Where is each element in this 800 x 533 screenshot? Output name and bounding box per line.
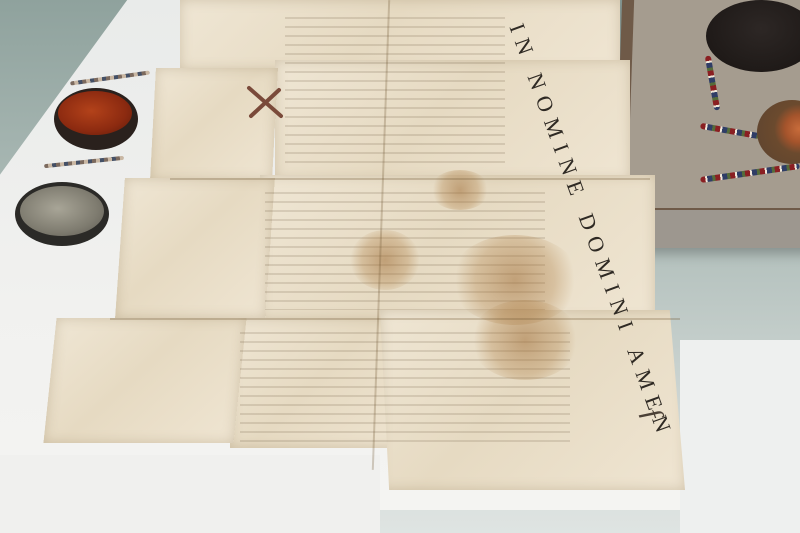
cross-mark-icon	[243, 84, 287, 120]
water-stain	[350, 230, 420, 290]
parchment-document: IN NOMINE DOMINI AMEN ƒ	[50, 0, 690, 490]
photo-scene: IN NOMINE DOMINI AMEN ƒ	[0, 0, 800, 533]
document-panel	[115, 178, 275, 318]
document-panel	[43, 318, 246, 443]
water-stain	[470, 300, 580, 380]
white-paper-right	[680, 340, 800, 533]
fold-line	[110, 318, 680, 320]
handwritten-text	[285, 10, 505, 170]
water-stain	[430, 170, 490, 210]
